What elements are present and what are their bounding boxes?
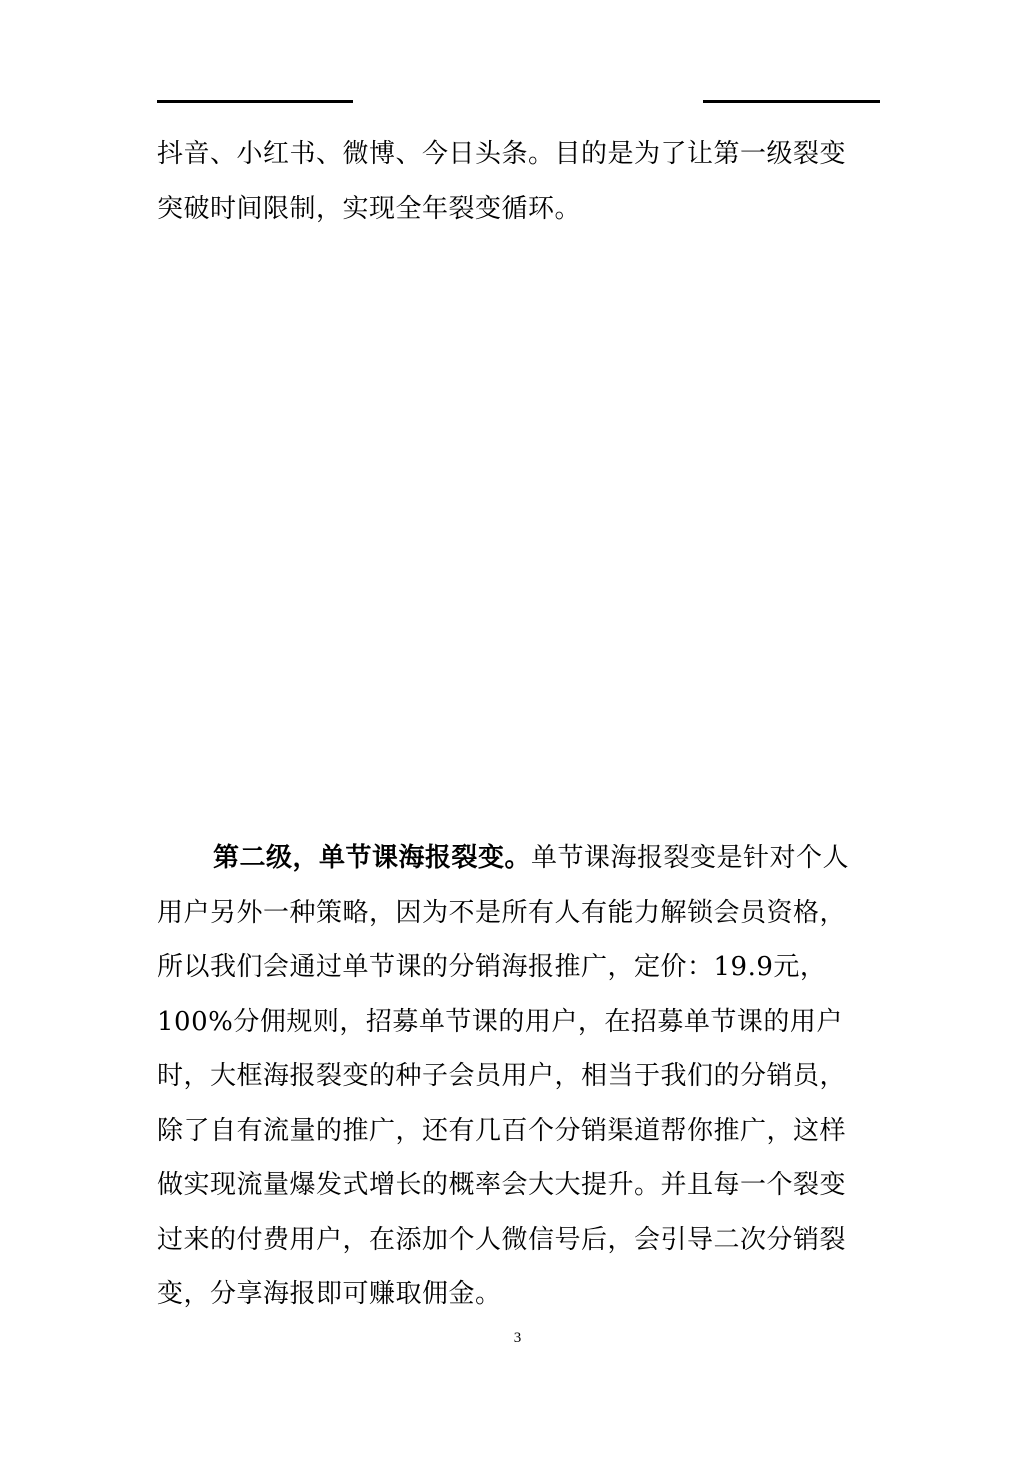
paragraph-text: 单节课海报裂变是针对个人用户另外一种策略，因为不是所有人有能力解锁会员资格，所以…	[157, 843, 849, 1309]
header-rule-right	[703, 100, 880, 103]
header-rule-left	[157, 100, 353, 103]
paragraph-text: 抖音、小红书、微博、今日头条。目的是为了让第一级裂变突破时间限制，实现全年裂变循…	[157, 139, 846, 224]
paragraph-heading: 第二级，单节课海报裂变。	[213, 843, 531, 873]
paragraph-second-level: 第二级，单节课海报裂变。单节课海报裂变是针对个人用户另外一种策略，因为不是所有人…	[157, 831, 857, 1322]
paragraph-continuation: 抖音、小红书、微博、今日头条。目的是为了让第一级裂变突破时间限制，实现全年裂变循…	[157, 127, 857, 236]
page-number: 3	[0, 1330, 1035, 1347]
